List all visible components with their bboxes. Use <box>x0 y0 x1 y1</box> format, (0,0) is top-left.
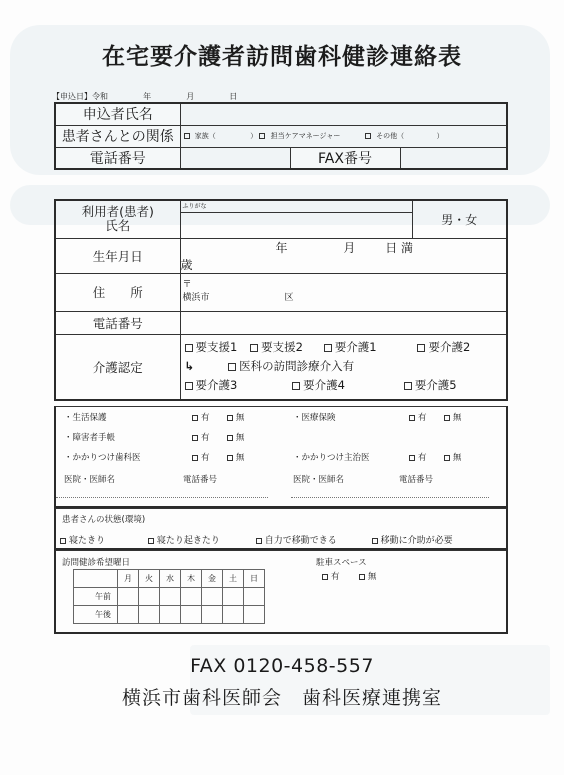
care-level1-checkbox[interactable] <box>324 344 332 352</box>
self-mobile-checkbox[interactable] <box>256 538 262 544</box>
regular-dentist-options: 有 無 <box>192 451 244 463</box>
sex-field[interactable]: 男・女 <box>412 200 507 238</box>
condition-label: 患者さんの状態(環境) <box>62 513 145 525</box>
patient-table: 利用者(患者) 氏名 ふりがな 男・女 生年月日 年 月 日 満 歳 住 所 〒… <box>54 199 508 401</box>
relation-family-checkbox[interactable] <box>184 133 190 139</box>
apply-date: 【申込日】令和 年 月 日 <box>52 91 237 102</box>
dentist-clinic-name-label: 医院・医師名 <box>64 473 115 485</box>
medical-insurance-no-checkbox[interactable] <box>444 415 450 421</box>
physician-info-field[interactable] <box>291 497 489 498</box>
parking-options: 有 無 <box>322 570 376 582</box>
disability-options: 有 無 <box>192 431 244 443</box>
regular-dentist-label: ・かかりつけ歯科医 <box>64 451 141 463</box>
applicant-phone-field[interactable] <box>180 147 290 169</box>
condition-section: 患者さんの状態(環境) 寝たきり 寝たり起きたり 自力で移動できる 移動に介助が… <box>54 508 508 550</box>
day-wed: 水 <box>160 570 181 588</box>
regular-dentist-no-checkbox[interactable] <box>227 455 233 461</box>
address-label: 住 所 <box>55 273 180 311</box>
insurance-section: ・生活保護 有 無 ・医療保険 有 無 ・障害者手帳 有 無 ・かかりつけ歯科医… <box>54 406 508 508</box>
welfare-label: ・生活保護 <box>64 411 107 423</box>
schedule-cell[interactable] <box>223 588 244 606</box>
patient-name-field[interactable] <box>180 212 412 238</box>
applicant-name-field[interactable] <box>180 103 507 125</box>
morning-label: 午前 <box>74 588 118 606</box>
schedule-cell[interactable] <box>160 588 181 606</box>
applicant-fax-label: FAX番号 <box>290 147 400 169</box>
schedule-cell[interactable] <box>118 588 139 606</box>
afternoon-label: 午後 <box>74 606 118 624</box>
schedule-cell[interactable] <box>244 588 265 606</box>
welfare-yes-checkbox[interactable] <box>192 415 198 421</box>
schedule-cell[interactable] <box>223 606 244 624</box>
welfare-no-checkbox[interactable] <box>227 415 233 421</box>
care-support2-checkbox[interactable] <box>250 344 258 352</box>
care-level4-checkbox[interactable] <box>292 382 300 390</box>
schedule-cell[interactable] <box>181 606 202 624</box>
schedule-cell[interactable] <box>160 606 181 624</box>
day-fri: 金 <box>202 570 223 588</box>
weekday-schedule-grid: 月 火 水 木 金 土 日 午前 午後 <box>73 569 265 624</box>
schedule-label: 訪問健診希望曜日 <box>62 556 130 568</box>
patient-phone-label: 電話番号 <box>55 311 180 334</box>
physician-phone-label: 電話番号 <box>399 473 433 485</box>
birthdate-field[interactable]: 年 月 日 満 歳 <box>180 238 507 273</box>
condition-options: 寝たきり 寝たり起きたり 自力で移動できる 移動に介助が必要 <box>60 533 453 546</box>
schedule-cell[interactable] <box>181 588 202 606</box>
needs-assistance-checkbox[interactable] <box>372 538 378 544</box>
care-level3-checkbox[interactable] <box>185 382 193 390</box>
care-support1-checkbox[interactable] <box>185 344 193 352</box>
dentist-info-field[interactable] <box>56 497 268 498</box>
schedule-cell[interactable] <box>202 588 223 606</box>
day-thu: 木 <box>181 570 202 588</box>
regular-physician-options: 有 無 <box>409 451 461 463</box>
welfare-options: 有 無 <box>192 411 244 423</box>
parking-no-checkbox[interactable] <box>359 574 365 580</box>
physician-clinic-name-label: 医院・医師名 <box>293 473 344 485</box>
day-sat: 土 <box>223 570 244 588</box>
patient-name-label: 利用者(患者) 氏名 <box>55 200 180 238</box>
medical-insurance-options: 有 無 <box>409 411 461 423</box>
regular-physician-no-checkbox[interactable] <box>444 455 450 461</box>
apply-month-label: 月 <box>186 91 194 102</box>
regular-physician-label: ・かかりつけ主治医 <box>293 451 370 463</box>
fax-number: FAX 0120-458-557 <box>0 655 564 677</box>
birthdate-label: 生年月日 <box>55 238 180 273</box>
relation-label: 患者さんとの関係 <box>55 125 180 147</box>
care-level-label: 介護認定 <box>55 334 180 400</box>
care-level-options: 要支援1 要支援2 要介護1 要介護2 ↳ 医科の訪問診療介入有 要介護3 要介… <box>180 334 507 400</box>
day-mon: 月 <box>118 570 139 588</box>
apply-date-label: 【申込日】令和 <box>52 91 108 102</box>
relation-options: 家族（ ） 担当ケアマネージャー その他（ ） <box>180 125 507 147</box>
medical-insurance-yes-checkbox[interactable] <box>409 415 415 421</box>
patient-phone-field[interactable] <box>180 311 507 334</box>
regular-physician-yes-checkbox[interactable] <box>409 455 415 461</box>
bedridden-checkbox[interactable] <box>60 538 66 544</box>
schedule-cell[interactable] <box>139 588 160 606</box>
care-level2-checkbox[interactable] <box>417 344 425 352</box>
arrow-icon: ↳ <box>185 357 225 376</box>
schedule-cell[interactable] <box>118 606 139 624</box>
organization-name: 横浜市歯科医師会 歯科医療連携室 <box>0 683 564 710</box>
disability-yes-checkbox[interactable] <box>192 435 198 441</box>
form-title: 在宅要介護者訪問歯科健診連絡表 <box>0 38 564 71</box>
care-level5-checkbox[interactable] <box>404 382 412 390</box>
apply-day-label: 日 <box>229 91 237 102</box>
medical-insurance-label: ・医療保険 <box>293 411 336 423</box>
regular-dentist-yes-checkbox[interactable] <box>192 455 198 461</box>
relation-other-checkbox[interactable] <box>365 133 371 139</box>
schedule-cell[interactable] <box>202 606 223 624</box>
applicant-name-label: 申込者氏名 <box>55 103 180 125</box>
dentist-phone-label: 電話番号 <box>183 473 217 485</box>
parking-label: 駐車スペース <box>316 556 367 568</box>
applicant-fax-field[interactable] <box>400 147 507 169</box>
day-tue: 火 <box>139 570 160 588</box>
care-medical-visit-checkbox[interactable] <box>228 363 236 371</box>
relation-caremanager-checkbox[interactable] <box>259 133 265 139</box>
disability-no-checkbox[interactable] <box>227 435 233 441</box>
day-sun: 日 <box>244 570 265 588</box>
disability-label: ・障害者手帳 <box>64 431 115 443</box>
furigana-field[interactable]: ふりがな <box>180 200 412 212</box>
sometimes-bed-checkbox[interactable] <box>148 538 154 544</box>
schedule-cell[interactable] <box>244 606 265 624</box>
apply-year-label: 年 <box>143 91 151 102</box>
schedule-cell[interactable] <box>139 606 160 624</box>
parking-yes-checkbox[interactable] <box>322 574 328 580</box>
applicant-phone-label: 電話番号 <box>55 147 180 169</box>
applicant-table: 申込者氏名 患者さんとの関係 家族（ ） 担当ケアマネージャー その他（ ） 電… <box>54 102 508 170</box>
address-field[interactable]: 〒 横浜市区 <box>180 273 507 311</box>
